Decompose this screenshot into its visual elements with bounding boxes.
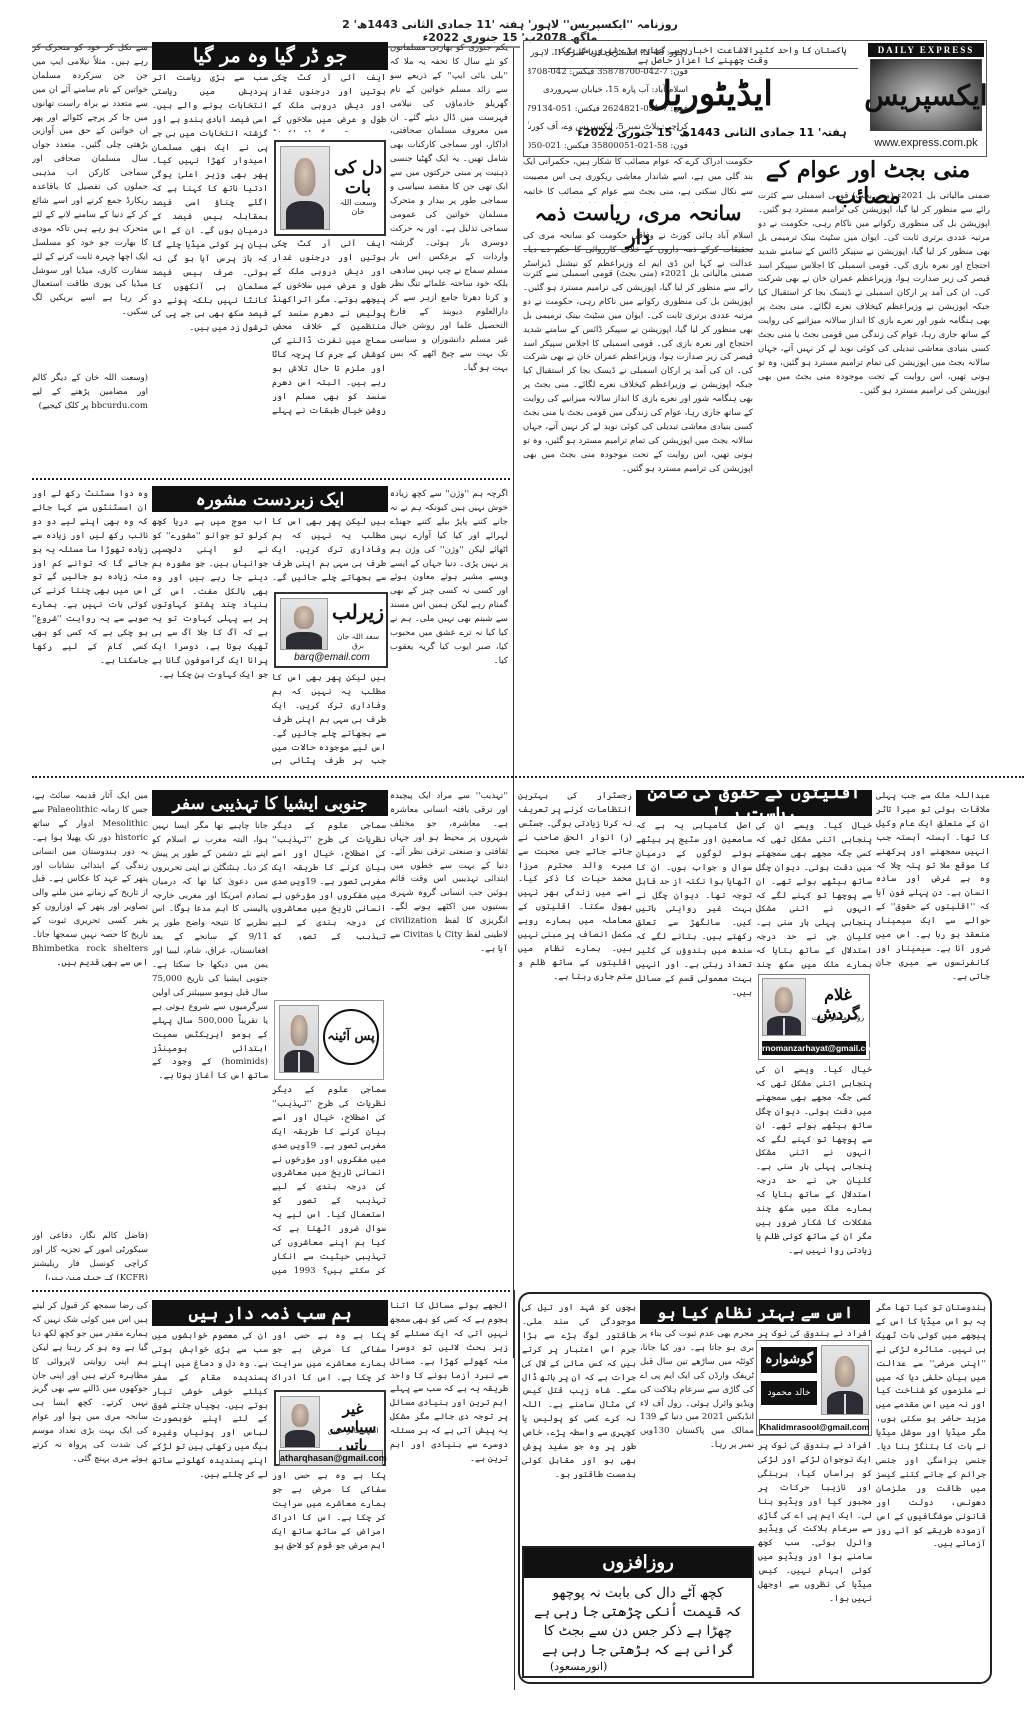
article-column: خیال کیا۔ ویسے ان کی پنجابی اتنی مشکل تھ… <box>756 820 872 970</box>
office-addresses: لاہور: N-48، انڈسٹریل ایریا گلبرگ II، لا… <box>528 44 688 155</box>
article-headline: جو ڈر گیا وہ مر گیا <box>152 42 388 70</box>
article-headline: ایک زبردست مشورہ <box>152 486 388 512</box>
article-column: یکم جنوری کو بھارتی مسلمانوں کو نئے سال … <box>390 42 508 420</box>
column-logo-box: غیر سیاسی باتیں اطہر قادر حسن atharqhasa… <box>274 1390 386 1466</box>
article-column: ''تہذیب'' سے مراد ایک پیچیدہ اور ترقی یا… <box>390 790 508 1280</box>
article-column: ایف آئی آر کٹ چکی ہوتیں اور درجنوں غدار … <box>272 238 386 420</box>
address-line: اسلام آباد: آب پارہ 15، خیابان سہروردی <box>528 81 688 100</box>
article-headline: اقلیتوں کے حقوق کی ضامن ریاست ہے! <box>636 790 872 816</box>
article-column: خیال کیا۔ ویسے ان کی پنجابی اتنی مشکل تھ… <box>756 1064 872 1280</box>
article-column: اب موج میں ہے دریا کچھ کرلو تو جوانو ''م… <box>152 516 268 770</box>
address-line: کراچی: پلاٹ نمبر 5، ایکسپریس وے، آف کورن… <box>528 118 688 137</box>
article-column: ہیں لیکن پھر بھی اس کا مطلب یہ نہیں کہ ہ… <box>272 516 386 586</box>
author-email[interactable]: atharqhasan@gmail.com <box>279 1450 383 1466</box>
author-name: اطہر قادر حسن <box>322 1426 384 1435</box>
editorial-body: اسلام آباد ہائی کورٹ نے وفاقی حکومت کو س… <box>523 230 753 270</box>
address-line: فون: 7-042-35878700 فیکس: 042-35878708 <box>528 63 688 82</box>
article-column: پکا ہے وہ بے حسی اور سفاکی کا مرض ہے جو … <box>272 1330 386 1386</box>
article-column: میں ایک آثار قدیمہ سائٹ ہے، جس کا زمانہ … <box>32 790 148 1228</box>
address-line: فون: 7-051-2624821 فیکس: 051-2879134 <box>528 100 688 119</box>
article-column: مجرم بھی عدم ثبوت کی بناء پر بری ہو جاتا… <box>640 1328 754 1540</box>
column-logo-box: زیرلب سعد اللہ جان برق barq@email.com <box>274 592 388 668</box>
column-logo-box: پس آئینہ <box>274 1000 384 1080</box>
article-column: اصل کامیابی یہ ہے کہ سامعین اور سٹیج پر … <box>636 820 752 1280</box>
article-column: جانا چاہیے تھا مگر ایسا نہیں ہوا، البتہ … <box>152 820 268 1280</box>
article-column: رجسٹرار کی بہترین انتظامات کرنے پر تعریف… <box>518 790 632 1280</box>
express-logo[interactable]: DAILY EXPRESS ایکسپریس www.express.com.p… <box>868 43 984 149</box>
logo-banner: DAILY EXPRESS <box>868 43 984 57</box>
poem-box: روزافزوں کچھ آٹے دال کی بابت نہ پوچھو کہ… <box>522 1546 754 1678</box>
poem-line: گرانی ہے کہ بڑھتی جا رہی ہے <box>524 1641 752 1660</box>
author-photo <box>279 1005 319 1073</box>
article-column: وہ دوا سسٹنٹ رکھ لے اور ان اسسٹنٹوں سے ک… <box>32 488 148 770</box>
poem-line: چھڑا ہے ذکر جس دن سے بجٹ کا <box>524 1622 752 1641</box>
article-column: بچوں کو شہد اور تیل کی موجودگی کی سند مل… <box>522 1302 636 1540</box>
author-email[interactable]: rnomanzarhayat@gmail.com <box>762 1041 866 1055</box>
poem-credit: (انورمسعود) <box>524 1660 752 1673</box>
address-line: فون: 58-021-35800051 فیکس: 021-35800050 <box>528 137 688 156</box>
author-name: سعد اللہ جان برق <box>330 632 386 650</box>
article-headline: اس سے بہتر نظام کیا ہو <box>640 1300 870 1324</box>
section-divider <box>32 1290 510 1292</box>
address-line: لاہور: N-48، انڈسٹریل ایریا گلبرگ II، لا… <box>528 44 688 63</box>
article-column: اگرچہ ہم ''وژن'' سے کچھ زیادہ خوش نہیں ہ… <box>390 488 508 770</box>
editorial-body-cont: ضمنی مالیاتی بل 2021ء (منی بجٹ) قومی اسم… <box>523 268 753 773</box>
author-photo <box>821 1345 869 1415</box>
column-name: زیرلب <box>330 600 386 624</box>
editorial-lede: حکومت ادراک کرے کہ عوام مصائب کا شکار ہی… <box>523 155 753 203</box>
article-column: کی رضا سمجھ کر قبول کر لیتے ہیں اس میں ک… <box>32 1300 148 1700</box>
article-column: ان کی معصوم خواہشوں میں سب سے بڑی خواہش … <box>152 1330 268 1700</box>
section-divider <box>32 478 510 480</box>
author-name: رؤف منظر حیات <box>807 1013 869 1022</box>
author-name: خالد محمود رسول <box>761 1381 817 1405</box>
poem-title: روزافزوں <box>524 1548 752 1578</box>
column-logo-box: دل کی بات وسعت اللہ خان <box>274 140 386 236</box>
article-headline: جنوبی ایشیا کا تہذیبی سفر <box>152 790 388 816</box>
column-name: گوشوارہ <box>761 1347 817 1373</box>
author-photo <box>280 146 330 230</box>
globe-logo-icon: ایکسپریس <box>870 59 982 131</box>
article-column: ہندوستان تو کیا تھا مگر یہ ہو اس میڈیا ک… <box>876 1302 986 1678</box>
poem-line: کچھ آٹے دال کی بابت نہ پوچھو <box>524 1584 752 1603</box>
article-column: سماجی علوم کے دیگر نظریات کی طرح ''تہذیب… <box>272 1084 386 1280</box>
author-email[interactable]: barq@email.com <box>280 652 384 663</box>
article-column: عبداللہ ملک سے جب پہلی ملاقات ہوئی تو می… <box>876 790 990 1280</box>
article-headline: ہم سب ذمہ دار ہیں <box>152 1300 388 1326</box>
section-divider <box>32 776 1024 778</box>
author-photo <box>280 598 328 650</box>
column-name: دل کی بات <box>332 158 384 198</box>
column-logo-box: گوشوارہ خالد محمود رسول Khalidmrasool@gm… <box>756 1340 872 1436</box>
column-logo-box: غلام گردش رؤف منظر حیات rnomanzarhayat@g… <box>758 974 870 1060</box>
poem-line: کہ قیمت اُنکی چڑھتی جا رہی ہے <box>524 1603 752 1622</box>
website-link[interactable]: www.express.com.pk <box>868 137 984 149</box>
author-photo <box>762 978 806 1036</box>
author-photo <box>280 1396 320 1448</box>
author-email[interactable]: Khalidmrasool@gmail.com <box>759 1419 869 1435</box>
article-column: افراد نے بندوق کی نوک پر ایک نوجوان لڑکے… <box>758 1440 872 1678</box>
column-name: پس آئینہ <box>323 1009 379 1065</box>
author-name: وسعت اللہ خان <box>332 198 384 216</box>
article-column: ہیں لیکن پھر بھی اس کا مطلب یہ نہیں کہ ہ… <box>272 672 386 770</box>
column-rule <box>514 1290 515 1690</box>
editorial-body: ضمنی مالیاتی بل 2021ء (منی بجٹ) قومی اسم… <box>758 190 990 773</box>
article-closing: (فاضل کالم نگار، دفاعی اور سیکورٹی امور … <box>32 1230 148 1280</box>
column-rule <box>513 48 514 1358</box>
article-column: سماجی علوم کے دیگر نظریات کی طرح ''تہذیب… <box>272 820 386 940</box>
article-closing: (وسعت اللہ خان کے دیگر کالم اور مضامین پ… <box>32 372 148 420</box>
article-column: سے نکل کر خود کو متحرک کر رہے ہیں۔ مثلاً… <box>32 42 148 372</box>
article-column: سب سے بڑی ریاست اتر پردیش میں ریاستی انت… <box>152 72 268 420</box>
article-column: پکا ہے وہ بے حسی اور سفاکی کا مرض ہے جو … <box>272 1470 386 1700</box>
article-column: ایف آئی آر کٹ چکی ہوتیں اور درجنوں غدار … <box>272 72 386 132</box>
article-column: الجھے ہوئے مسائل کا اتنا ہجوم ہے کہ کسی … <box>390 1300 508 1700</box>
logo-name: ایکسپریس <box>864 79 987 112</box>
